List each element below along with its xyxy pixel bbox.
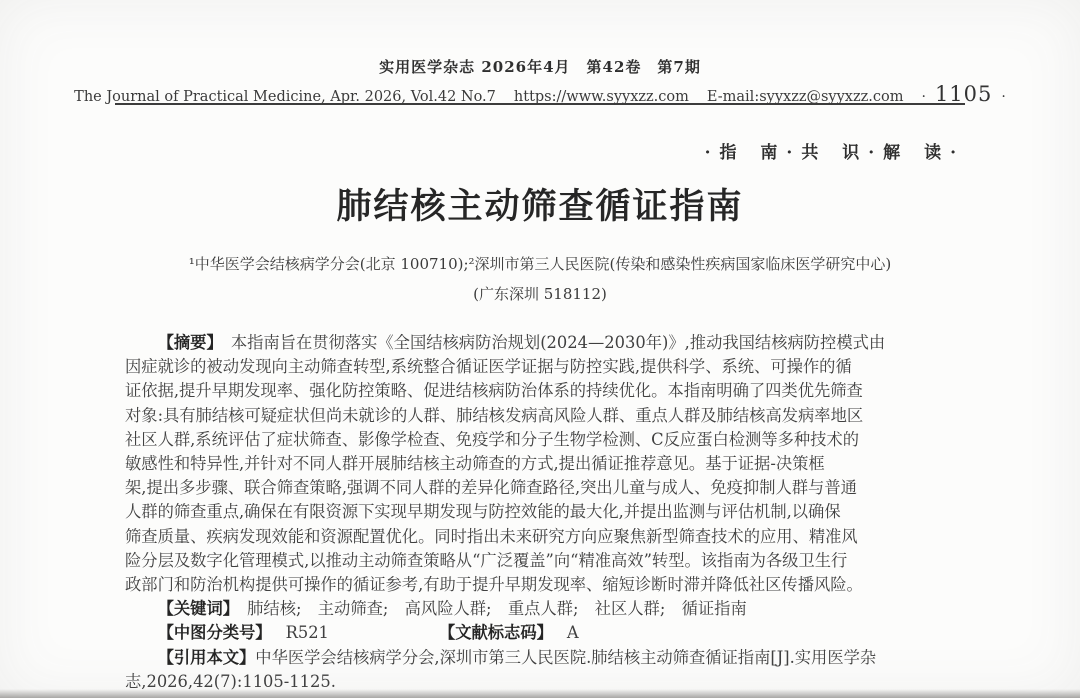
abstract-line: 对象:具有肺结核可疑症状但尚未就诊的人群、肺结核发病高风险人群、重点人群及肺结核… — [125, 404, 920, 428]
keywords-text: 肺结核; 主动筛查; 高风险人群; 重点人群; 社区人群; 循证指南 — [231, 599, 747, 618]
abstract-line: 社区人群,系统评估了症状筛查、影像学检查、免疫学和分子生物学检测、C反应蛋白检测… — [125, 428, 920, 452]
abstract-line: 因症就诊的被动发现向主动筛查转型,系统整合循证医学证据与防控实践,提供科学、系统… — [125, 355, 920, 379]
article-title: 肺结核主动筛查循证指南 — [0, 179, 1080, 229]
abstract-line: 政部门和防治机构提供可操作的循证参考,有助于提升早期发现率、缩短诊断时滞并降低社… — [125, 573, 920, 597]
abstract-line: 【摘要】 本指南旨在贯彻落实《全国结核病防治规划(2024—2030年)》,推动… — [125, 331, 920, 355]
header-divider-rule — [115, 103, 965, 105]
clc-value: R521 — [286, 623, 329, 642]
classification-line: 【中图分类号】R521【文献标志码】A — [125, 621, 920, 645]
journal-page: 实用医学杂志 2026年4月 第42卷 第7期 The Journal of P… — [0, 0, 1080, 698]
scan-bottom-edge-shadow — [0, 689, 1080, 698]
journal-header-chinese: 实用医学杂志 2026年4月 第42卷 第7期 — [0, 56, 1080, 77]
citation-line-1: 【引用本文】中华医学会结核病学分会,深圳市第三人民医院.肺结核主动筛查循证指南[… — [125, 646, 920, 670]
article-front-matter: 【摘要】 本指南旨在贯彻落实《全国结核病防治规划(2024—2030年)》,推动… — [125, 331, 920, 694]
citation-text-1: 中华医学会结核病学分会,深圳市第三人民医院.肺结核主动筛查循证指南[J].实用医… — [255, 648, 876, 667]
affiliation-line-2: (广东深圳 518112) — [0, 283, 1080, 304]
abstract-label: 【摘要】 — [158, 333, 215, 352]
abstract-line: 筛查质量、疾病发现效能和资源配置优化。同时指出未来研究方向应聚焦新型筛查技术的应… — [125, 525, 920, 549]
citation-label: 【引用本文】 — [158, 648, 256, 667]
clc-label: 【中图分类号】 — [158, 623, 272, 642]
keywords-line: 【关键词】 肺结核; 主动筛查; 高风险人群; 重点人群; 社区人群; 循证指南 — [125, 597, 920, 621]
abstract-line: 险分层及数字化管理模式,以推动主动筛查策略从“广泛覆盖”向“精准高效”转型。该指… — [125, 549, 920, 573]
abstract-line: 敏感性和特异性,并针对不同人群开展肺结核主动筛查的方式,提出循证推荐意见。基于证… — [125, 452, 920, 476]
column-section-label: ·指 南·共 识·解 读· — [705, 138, 965, 163]
abstract-line: 架,提出多步骤、联合筛查策略,强调不同人群的差异化筛查路径,突出儿童与成人、免疫… — [125, 476, 920, 500]
page-number-dot-right: · — [1001, 89, 1005, 105]
doc-code-value: A — [567, 623, 579, 642]
affiliation-line-1: ¹中华医学会结核病学分会(北京 100710);²深圳市第三人民医院(传染和感染… — [0, 253, 1080, 274]
abstract-text: 本指南旨在贯彻落实《全国结核病防治规划(2024—2030年)》,推动我国结核病… — [215, 333, 886, 352]
doc-code-label: 【文献标志码】 — [439, 623, 553, 642]
abstract-line: 人群的筛查重点,确保在有限资源下实现早期发现与防控效能的最大化,并提出监测与评估… — [125, 500, 920, 524]
abstract-line: 证依据,提升早期发现率、强化防控策略、促进结核病防治体系的持续优化。本指南明确了… — [125, 379, 920, 403]
keywords-label: 【关键词】 — [158, 599, 231, 618]
